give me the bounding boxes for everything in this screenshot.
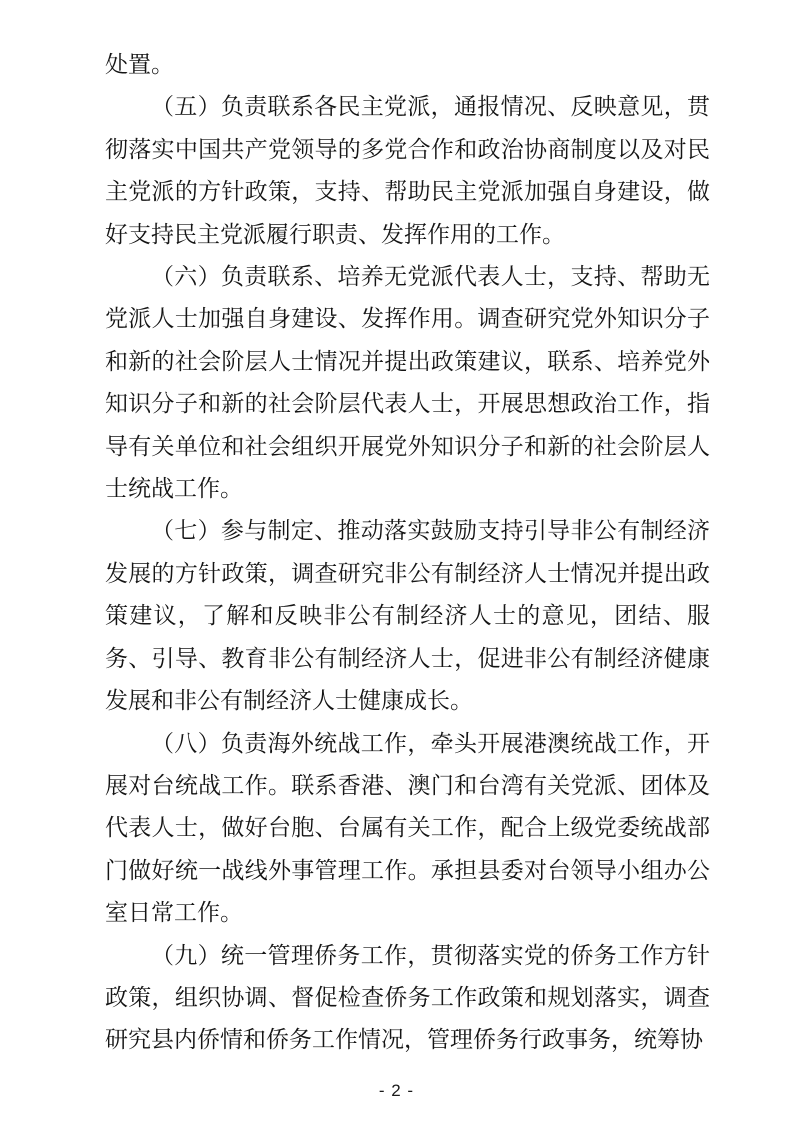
paragraph-item-8: （八）负责海外统战工作，牵头开展港澳统战工作，开展对台统战工作。联系香港、澳门和… bbox=[105, 723, 710, 935]
paragraph-item-7: （七）参与制定、推动落实鼓励支持引导非公有制经济发展的方针政策，调查研究非公有制… bbox=[105, 510, 710, 722]
paragraph-item-5: （五）负责联系各民主党派，通报情况、反映意见，贯彻落实中国共产党领导的多党合作和… bbox=[105, 86, 710, 256]
page-number: - 2 - bbox=[0, 1080, 793, 1102]
document-body: 处置。 （五）负责联系各民主党派，通报情况、反映意见，贯彻落实中国共产党领导的多… bbox=[105, 44, 710, 1062]
paragraph-continuation: 处置。 bbox=[105, 44, 710, 86]
document-page: 处置。 （五）负责联系各民主党派，通报情况、反映意见，贯彻落实中国共产党领导的多… bbox=[0, 0, 793, 1122]
paragraph-item-9: （九）统一管理侨务工作，贯彻落实党的侨务工作方针政策，组织协调、督促检查侨务工作… bbox=[105, 935, 710, 1062]
paragraph-item-6: （六）负责联系、培养无党派代表人士，支持、帮助无党派人士加强自身建设、发挥作用。… bbox=[105, 256, 710, 510]
